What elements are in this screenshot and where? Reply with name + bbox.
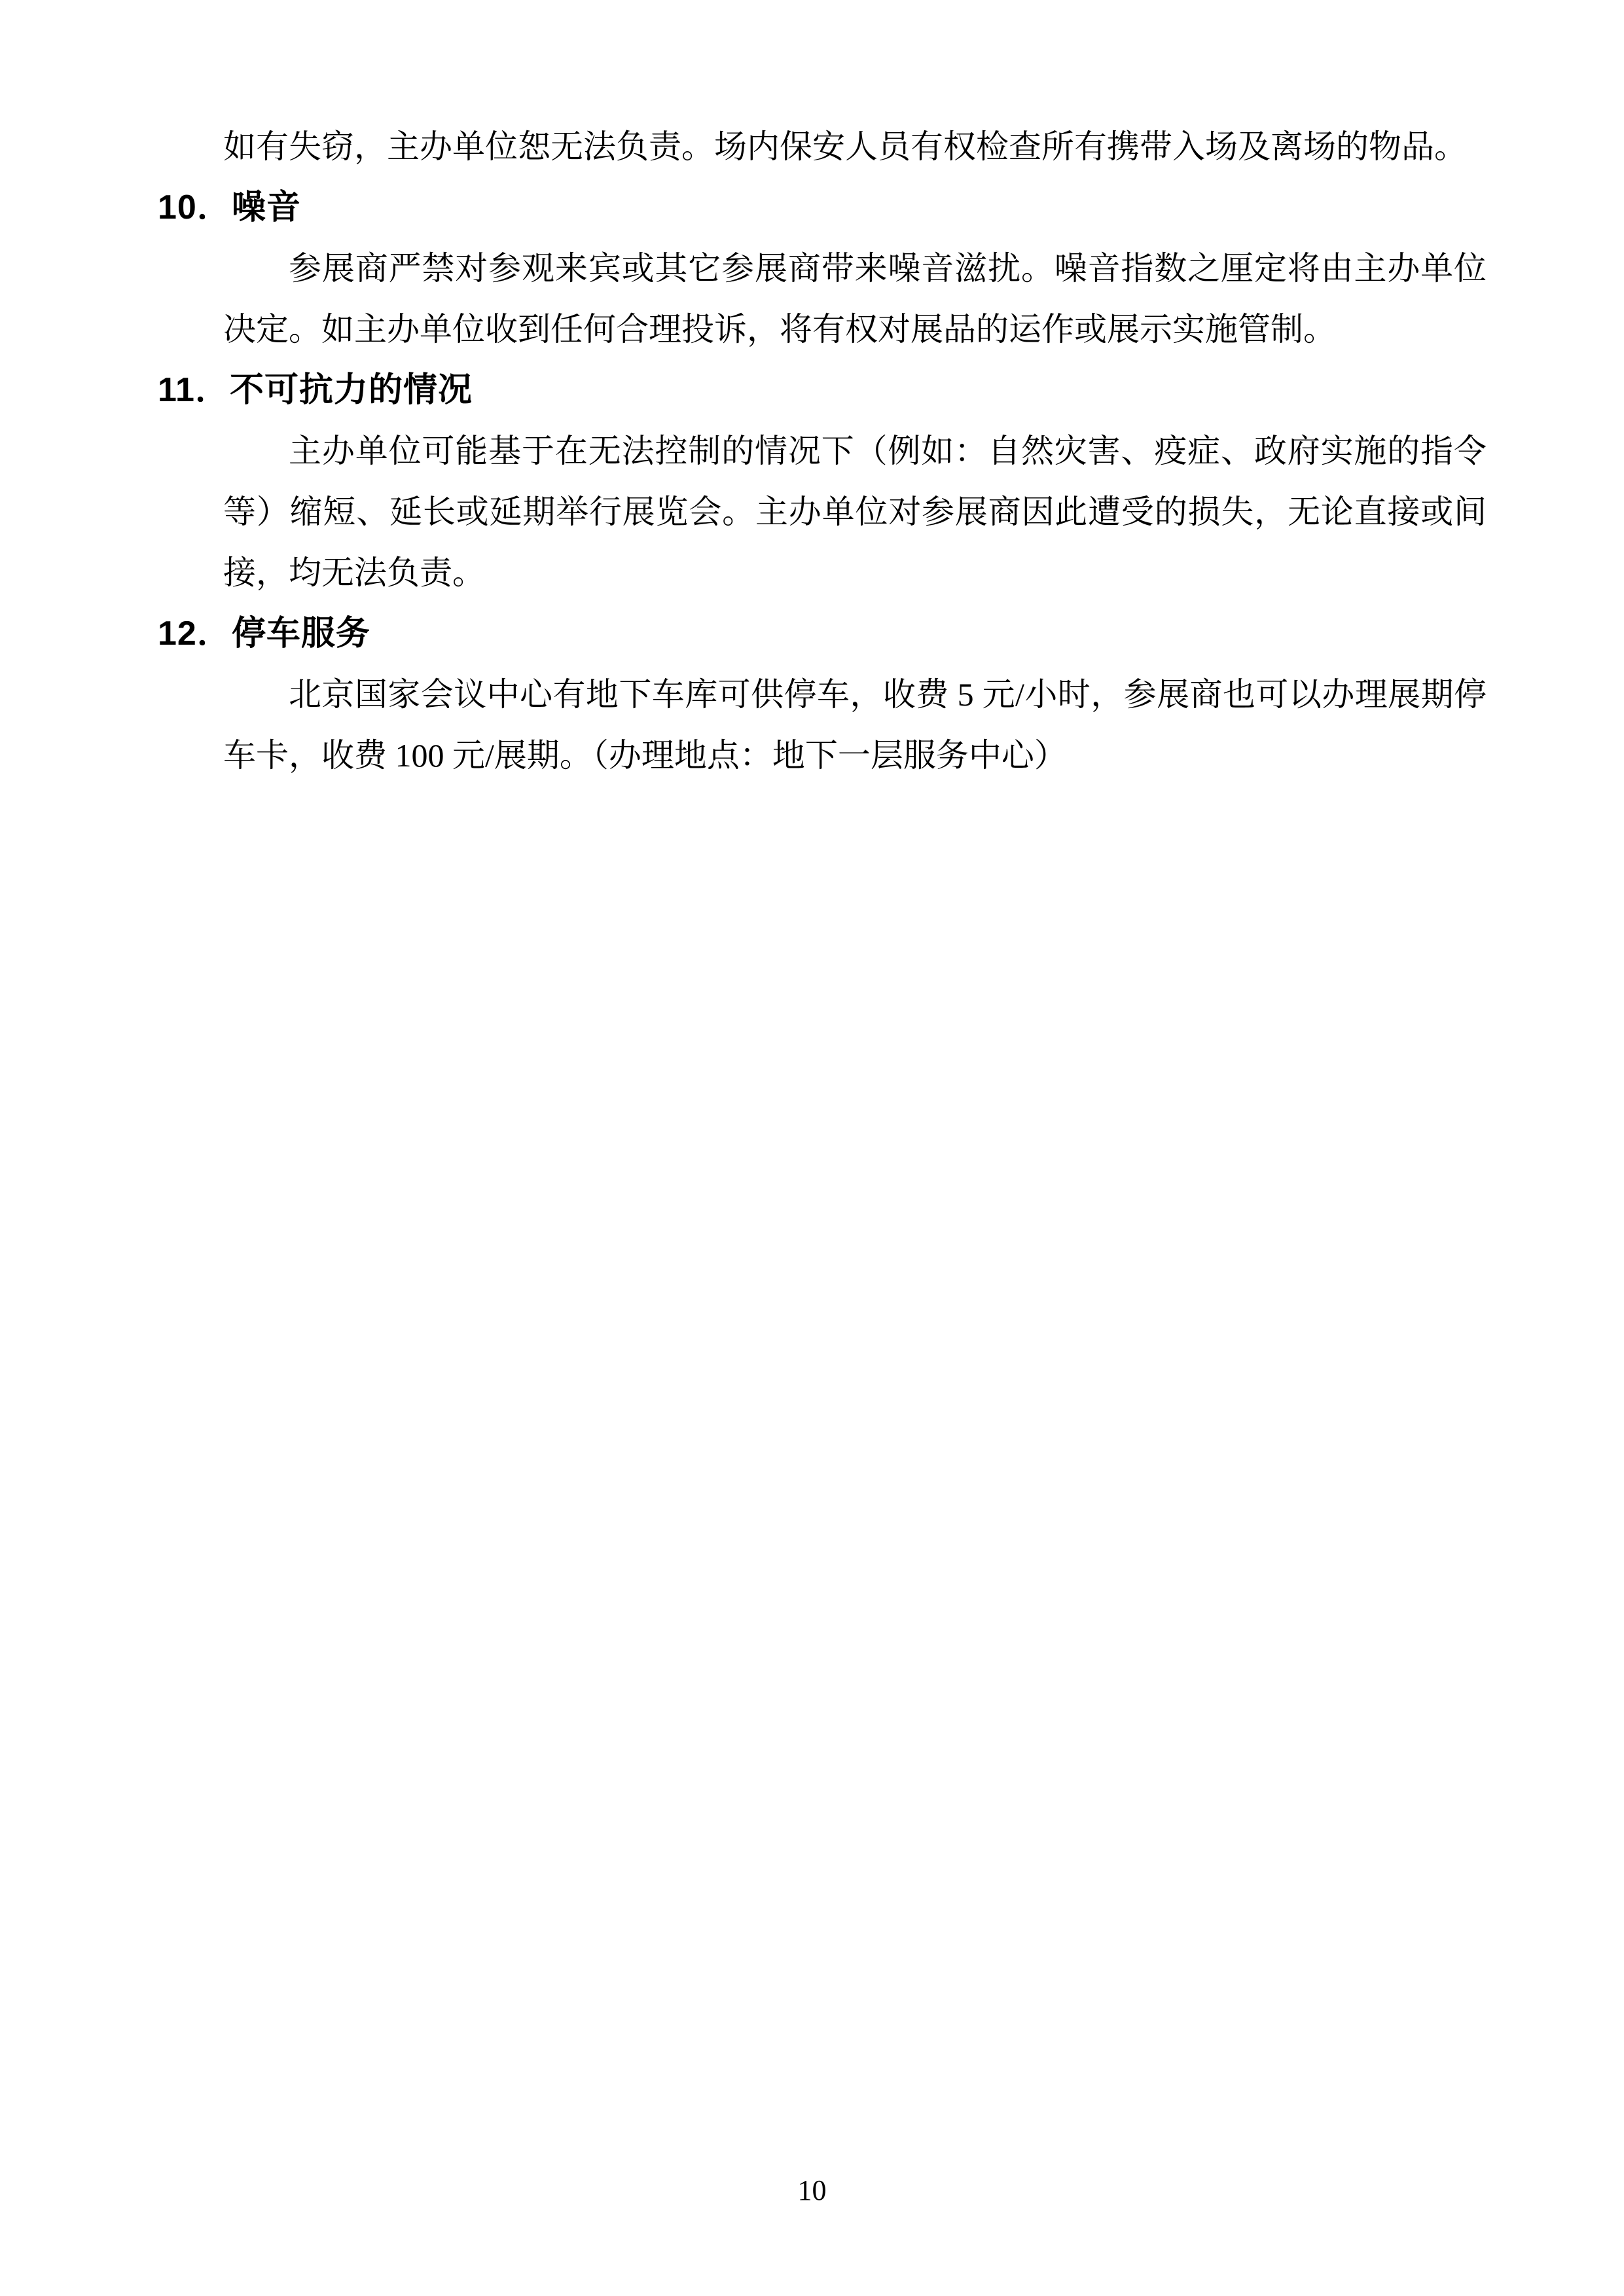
page-content: 如有失窃，主办单位恕无法负责。场内保安人员有权检查所有携带入场及离场的物品。 1… [158, 117, 1487, 786]
section-body-force-majeure: 主办单位可能基于在无法控制的情况下（例如：自然灾害、疫症、政府实施的指令等）缩短… [223, 421, 1487, 603]
section-body-parking: 北京国家会议中心有地下车库可供停车，收费 5 元/小时，参展商也可以办理展期停车… [223, 664, 1487, 786]
section-heading-parking: 12．停车服务 [158, 603, 1487, 664]
document-page: 如有失窃，主办单位恕无法负责。场内保安人员有权检查所有携带入场及离场的物品。 1… [0, 0, 1624, 2296]
section-body-noise: 参展商严禁对参观来宾或其它参展商带来噪音滋扰。噪音指数之厘定将由主办单位决定。如… [223, 238, 1487, 360]
intro-paragraph: 如有失窃，主办单位恕无法负责。场内保安人员有权检查所有携带入场及离场的物品。 [223, 117, 1487, 177]
section-heading-noise: 10．噪音 [158, 177, 1487, 238]
page-number: 10 [0, 2174, 1624, 2207]
section-heading-force-majeure: 11．不可抗力的情况 [158, 360, 1487, 421]
